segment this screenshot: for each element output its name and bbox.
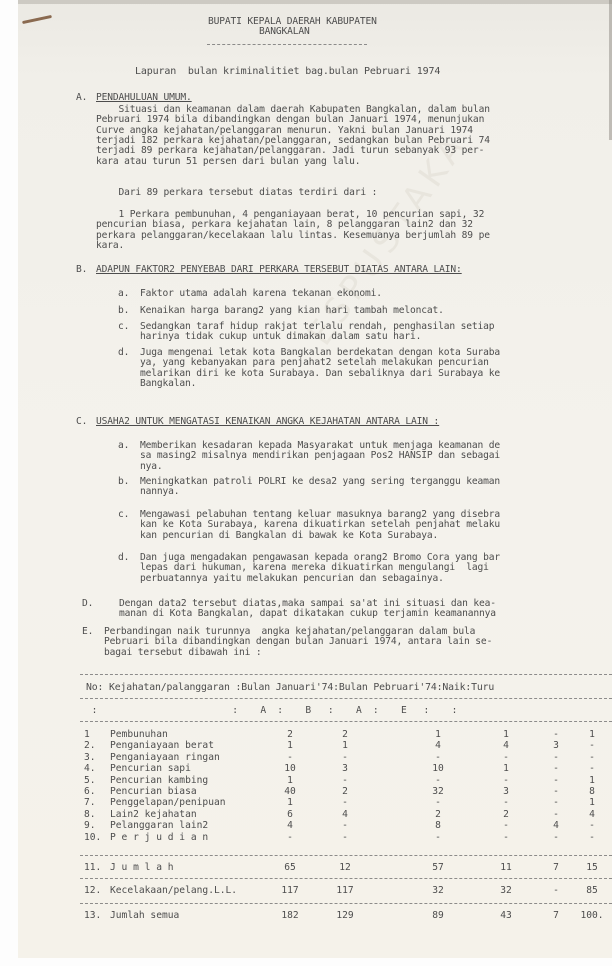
table-row-turun: - [577, 821, 607, 832]
table-header: No: Kejahatan/palanggaran :Bulan Januari… [86, 683, 494, 694]
table-row-jan-a: 10 [275, 764, 305, 775]
total-row-feb-b: 43 [491, 911, 521, 922]
table-row-feb-a: - [423, 833, 453, 844]
list-item-line: Kenaikan harga barang2 yang kian hari ta… [140, 306, 444, 317]
page-top-edge [18, 0, 612, 4]
list-item-marker: a. [118, 441, 129, 452]
table-row-jan-a: 2 [275, 730, 305, 741]
table-row-jan-a: - [275, 833, 305, 844]
section-c-title: USAHA2 UNTUK MENGATASI KENAIKAN ANGKA KE… [96, 417, 439, 428]
table-row-jan-b: - [330, 776, 360, 787]
total-row-jan-b: 117 [330, 886, 360, 897]
table-row-feb-a: 32 [423, 787, 453, 798]
table-row-feb-b: 1 [491, 764, 521, 775]
paragraph-line: manan di Kota Bangkalan, dapat dikatakan… [119, 609, 496, 620]
total-row-turun: 15 [577, 863, 607, 874]
list-item-marker: d. [118, 553, 129, 564]
total-row-feb-b: 11 [491, 863, 521, 874]
total-row-jan-a: 117 [275, 886, 305, 897]
list-item-line: harinya tidak cukup untuk dimakan dalam … [140, 332, 421, 343]
total-row-label: Kecelakaan/pelang.L.L. [110, 886, 237, 897]
table-row-feb-b: - [491, 776, 521, 787]
total-row-label: J u m l a h [110, 863, 174, 874]
table-row-jan-b: - [330, 753, 360, 764]
section-a-paragraph-2: Dari 89 perkara tersebut diatas terdiri … [96, 188, 377, 199]
total-row-jan-b: 12 [330, 863, 360, 874]
list-item-marker: d. [118, 348, 129, 359]
table-row-feb-a: - [423, 798, 453, 809]
table-top-rule [80, 674, 612, 675]
total-row-feb-a: 32 [423, 886, 453, 897]
section-b-marker: B. [76, 265, 87, 276]
table-row-no: 5. [84, 776, 96, 787]
table-header-rule [80, 698, 612, 699]
list-item-line: nannya. [140, 487, 179, 498]
list-item-line: nya. [140, 462, 163, 473]
table-subheader: : : A : B : A : E : : [86, 706, 457, 717]
table-row-jan-b: - [330, 833, 360, 844]
table-row-naik: 4 [541, 821, 571, 832]
table-row-feb-b: 1 [491, 730, 521, 741]
table-row-turun: - [577, 741, 607, 752]
table-row-label: Penggelapan/penipuan [110, 798, 226, 809]
section-c-marker: C. [76, 417, 87, 428]
total-row-naik: - [541, 886, 571, 897]
total-row-naik: 7 [541, 911, 571, 922]
section-a-title: PENDAHULUAN UMUM. [96, 93, 192, 104]
table-row-naik: 3 [541, 741, 571, 752]
table-row-feb-a: 4 [423, 741, 453, 752]
table-row-turun: 8 [577, 787, 607, 798]
table-row-label: Penganiayaan berat [110, 741, 214, 752]
table-row-jan-b: 2 [330, 730, 360, 741]
table-row-feb-a: 1 [423, 730, 453, 741]
table-row-jan-b: 2 [330, 787, 360, 798]
table-subheader-rule [80, 721, 612, 722]
total-row-turun: 100. [577, 911, 607, 922]
table-row-label: Pembunuhan [110, 730, 168, 741]
table-row-no: 4. [84, 764, 96, 775]
table-lalin-rule [80, 878, 612, 879]
table-row-label: Lain2 kejahatan [110, 810, 197, 821]
table-row-feb-b: 4 [491, 741, 521, 752]
section-d-marker: D. [82, 599, 93, 610]
table-row-feb-b: - [491, 833, 521, 844]
total-row-no: 12. [84, 886, 101, 897]
table-row-feb-b: 2 [491, 810, 521, 821]
total-row-jan-a: 182 [275, 911, 305, 922]
table-row-jan-a: 4 [275, 821, 305, 832]
table-row-jan-b: - [330, 798, 360, 809]
section-b-title: ADAPUN FAKTOR2 PENYEBAB DARI PERKARA TER… [96, 265, 462, 276]
table-row-naik: - [541, 833, 571, 844]
paragraph-line: kara atau turun 51 persen dari bulan yan… [96, 157, 360, 168]
table-row-label: Pencurian kambing [110, 776, 208, 787]
table-row-feb-b: - [491, 798, 521, 809]
total-row-no: 11. [84, 863, 101, 874]
total-row-no: 13. [84, 911, 101, 922]
total-row-label: Jumlah semua [110, 911, 179, 922]
table-row-jan-a: 1 [275, 776, 305, 787]
table-row-turun: - [577, 753, 607, 764]
table-row-label: Penganiayaan ringan [110, 753, 220, 764]
table-row-turun: 1 [577, 730, 607, 741]
header-divider [207, 44, 367, 45]
table-row-jan-b: 1 [330, 741, 360, 752]
table-row-feb-b: - [491, 753, 521, 764]
table-row-naik: - [541, 810, 571, 821]
table-row-feb-b: - [491, 821, 521, 832]
paragraph-line: kara. [96, 241, 124, 252]
table-row-label: Pencurian biasa [110, 787, 197, 798]
table-row-label: Pencurian sapi [110, 764, 191, 775]
table-row-turun: 1 [577, 798, 607, 809]
table-row-jan-a: 40 [275, 787, 305, 798]
list-item-line: kan pencurian di Bangkalan di bawak ke K… [140, 531, 438, 542]
list-item-marker: c. [118, 322, 129, 333]
total-row-jan-a: 65 [275, 863, 305, 874]
total-row-feb-a: 57 [423, 863, 453, 874]
table-row-jan-a: - [275, 753, 305, 764]
table-row-naik: - [541, 776, 571, 787]
table-row-naik: - [541, 764, 571, 775]
list-item-marker: b. [118, 477, 129, 488]
paragraph-line: bagai tersebut dibawah ini : [104, 648, 262, 659]
table-row-no: 10. [84, 833, 101, 844]
table-row-turun: 1 [577, 776, 607, 787]
table-row-no: 2. [84, 741, 96, 752]
total-row-turun: 85 [577, 886, 607, 897]
list-item-marker: a. [118, 289, 129, 300]
list-item-line: sa masing2 misalnya mendirikan penjagaan… [140, 451, 500, 462]
table-row-turun: - [577, 833, 607, 844]
table-row-no: 1 [84, 730, 90, 741]
total-row-jan-b: 129 [330, 911, 360, 922]
list-item-line: perbuatannya yaitu melakukan pencurian d… [140, 574, 444, 585]
table-row-no: 7. [84, 798, 96, 809]
table-row-jan-a: 1 [275, 798, 305, 809]
table-row-feb-a: - [423, 776, 453, 787]
header-line-2: BANGKALAN [259, 27, 310, 38]
table-row-feb-a: 2 [423, 810, 453, 821]
total-row-feb-a: 89 [423, 911, 453, 922]
table-row-no: 8. [84, 810, 96, 821]
table-row-naik: - [541, 798, 571, 809]
table-row-feb-a: 10 [423, 764, 453, 775]
table-row-label: P e r j u d i a n [110, 833, 208, 844]
table-row-naik: - [541, 787, 571, 798]
table-row-jan-b: 4 [330, 810, 360, 821]
list-item-line: Faktor utama adalah karena tekanan ekono… [140, 289, 382, 300]
table-row-feb-a: - [423, 753, 453, 764]
table-row-naik: - [541, 753, 571, 764]
table-row-jan-a: 1 [275, 741, 305, 752]
table-total-rule [80, 855, 612, 856]
table-row-jan-b: 3 [330, 764, 360, 775]
table-grand-rule [80, 903, 612, 904]
table-row-jan-b: - [330, 821, 360, 832]
table-row-jan-a: 6 [275, 810, 305, 821]
table-row-feb-b: 3 [491, 787, 521, 798]
total-row-feb-b: 32 [491, 886, 521, 897]
table-row-no: 3. [84, 753, 96, 764]
paragraph-line: perkara pelanggaran/kecelakaan lalu lint… [96, 231, 490, 242]
section-e-marker: E. [82, 627, 93, 638]
report-title: Lapuran bulan kriminalitiet bag.bulan Pe… [135, 67, 440, 78]
table-row-turun: 4 [577, 810, 607, 821]
table-row-turun: - [577, 764, 607, 775]
list-item-marker: c. [118, 510, 129, 521]
list-item-line: Bangkalan. [140, 379, 196, 390]
table-row-label: Pelanggaran lain2 [110, 821, 208, 832]
table-row-naik: - [541, 730, 571, 741]
table-row-feb-a: 8 [423, 821, 453, 832]
table-row-no: 6. [84, 787, 96, 798]
table-row-no: 9. [84, 821, 96, 832]
total-row-naik: 7 [541, 863, 571, 874]
list-item-line: Meningkatkan patroli POLRI ke desa2 yang… [140, 477, 500, 488]
list-item-marker: b. [118, 306, 129, 317]
section-a-marker: A. [76, 93, 87, 104]
